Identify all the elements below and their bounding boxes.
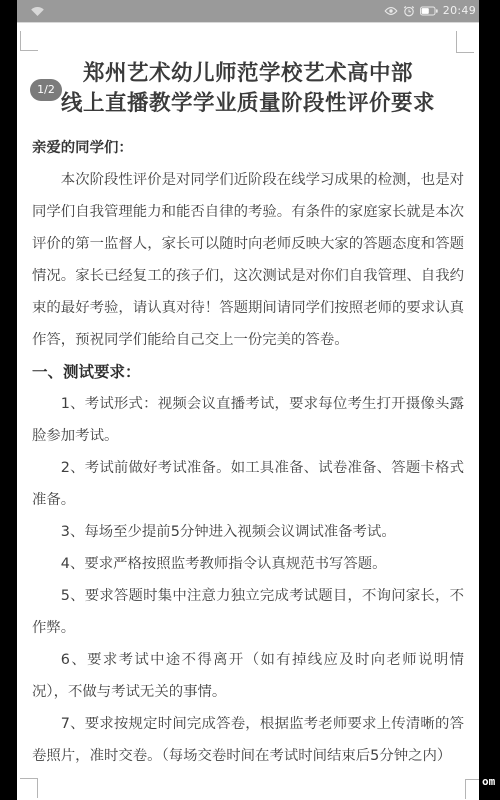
page-corner-mark-top-left — [20, 31, 38, 51]
requirement-item: 1、考试形式：视频会议直播考试，要求每位考生打开摄像头露脸参加考试。 — [32, 388, 464, 452]
document-title-line-2: 线上直播教学学业质量阶段性评价要求 — [17, 89, 479, 119]
section-heading: 一、测试要求： — [32, 356, 464, 388]
salutation: 亲爱的同学们： — [32, 132, 464, 164]
requirement-item: 2、考试前做好考试准备。如工具准备、试卷准备、答题卡格式准备。 — [32, 452, 464, 516]
alarm-clock-icon — [403, 5, 415, 17]
wifi-icon — [30, 5, 45, 17]
requirement-item: 6、要求考试中途不得离开（如有掉线应及时向老师说明情况），不做与考试无关的事情。 — [32, 644, 464, 708]
document-title-line-1: 郑州艺术幼儿师范学校艺术高中部 — [17, 59, 479, 89]
requirement-item: 3、每场至少提前5分钟进入视频会议调试准备考试。 — [32, 516, 464, 548]
status-time: 20:49 — [443, 0, 476, 22]
watermark-fragment: om — [482, 775, 495, 788]
intro-paragraph: 本次阶段性评价是对同学们近阶段在线学习成果的检测，也是对同学们自我管理能力和能否… — [32, 164, 464, 356]
page-corner-mark-bottom-left — [20, 778, 38, 798]
page-corner-mark-bottom-right — [465, 779, 479, 799]
document-title: 郑州艺术幼儿师范学校艺术高中部 线上直播教学学业质量阶段性评价要求 — [17, 23, 479, 119]
requirement-item: 4、要求严格按照监考教师指令认真规范书写答题。 — [32, 548, 464, 580]
document-body: 亲爱的同学们： 本次阶段性评价是对同学们近阶段在线学习成果的检测，也是对同学们自… — [32, 132, 464, 772]
requirement-item: 7、要求按规定时间完成答卷，根据监考老师要求上传清晰的答卷照片，准时交卷。（每场… — [32, 708, 464, 772]
eye-protection-icon — [384, 6, 398, 16]
battery-icon — [420, 6, 438, 16]
requirement-item: 5、要求答题时集中注意力独立完成考试题目，不询问家长，不作弊。 — [32, 580, 464, 644]
phone-screen: 20:49 1/2 郑州艺术幼儿师范学校艺术高中部 线上直播教学学业质量阶段性评… — [0, 0, 500, 800]
document-page[interactable]: 1/2 郑州艺术幼儿师范学校艺术高中部 线上直播教学学业质量阶段性评价要求 亲爱… — [17, 22, 479, 800]
page-indicator-badge: 1/2 — [30, 79, 62, 101]
status-bar: 20:49 — [17, 0, 479, 22]
page-corner-mark-top-right — [456, 31, 474, 53]
